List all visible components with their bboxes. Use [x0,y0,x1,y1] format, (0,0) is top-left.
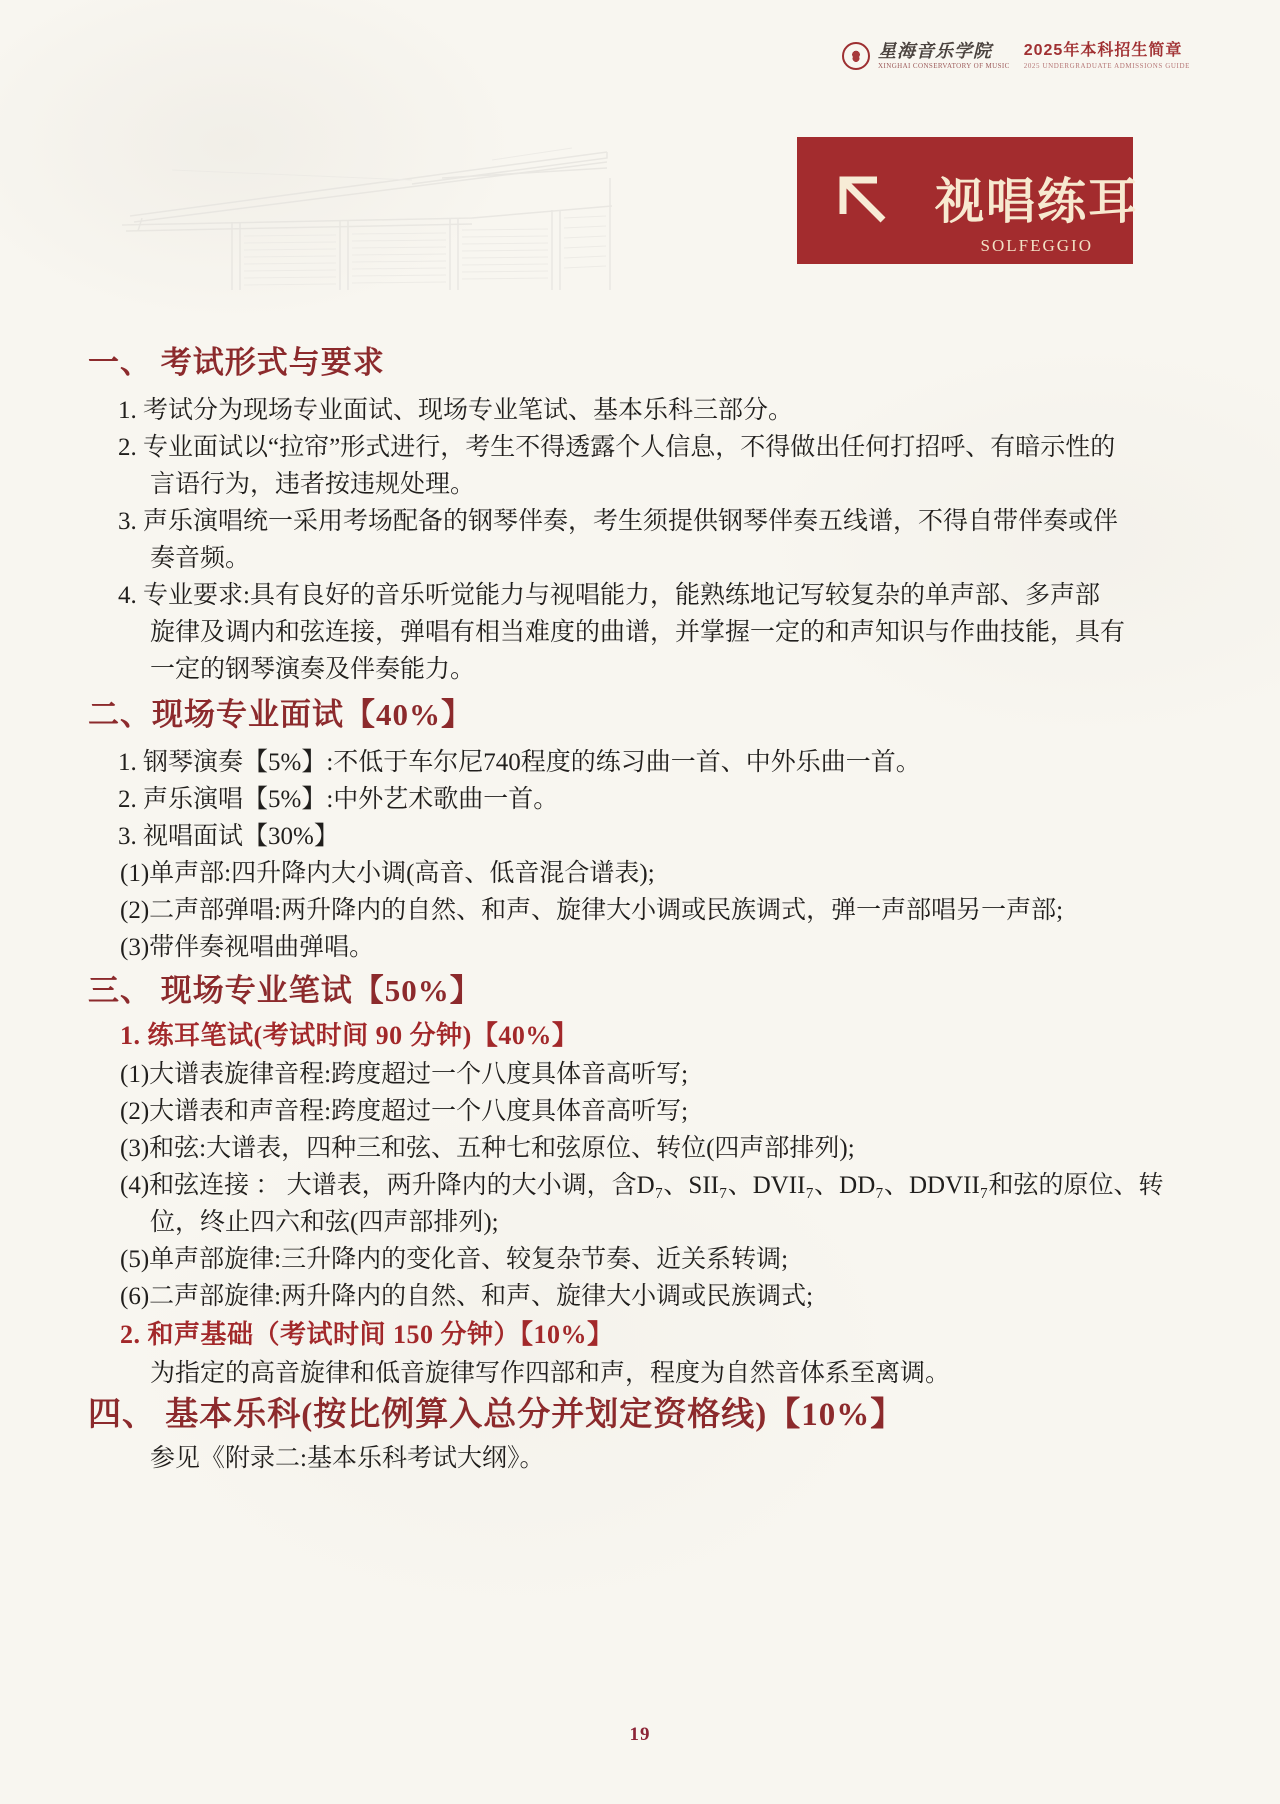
content-line: 1. 钢琴演奏【5%】:不低于车尔尼740程度的练习曲一首、中外乐曲一首。 [88,744,1138,781]
school-seal-icon [842,42,870,70]
content-line: 2. 声乐演唱【5%】:中外艺术歌曲一首。 [88,781,1138,818]
page-header: 星海音乐学院 XINGHAI CONSERVATORY OF MUSIC 202… [842,42,1190,70]
content-line: (1)大谱表旋律音程:跨度超过一个八度具体音高听写; [88,1056,1138,1093]
content-line: 位，终止四六和弦(四声部排列); [88,1204,1138,1241]
content-line: 为指定的高音旋律和低音旋律写作四部和声，程度为自然音体系至离调。 [88,1355,1138,1392]
section-banner: 视唱练耳 SOLFEGGIO [797,137,1133,264]
content-line: (4)和弦连接 ： 大谱表，两升降内的大小调，含D₇、SII₇、DVII₇、DD… [88,1167,1138,1204]
content-line: 3. 声乐演唱统一采用考场配备的钢琴伴奏，考生须提供钢琴伴奏五线谱，不得自带伴奏… [88,503,1138,540]
content-line: 4. 专业要求:具有良好的音乐听觉能力与视唱能力，能熟练地记写较复杂的单声部、多… [88,577,1138,614]
school-name-en: XINGHAI CONSERVATORY OF MUSIC [878,63,1010,70]
content-line: (5)单声部旋律:三升降内的变化音、较复杂节奏、近关系转调; [88,1241,1138,1278]
content-line: (6)二声部旋律:两升降内的自然、和声、旋律大小调或民族调式; [88,1278,1138,1315]
page-number: 19 [0,1724,1280,1746]
school-name-cn: 星海音乐学院 [878,42,1010,60]
content-line: (3)带伴奏视唱曲弹唱。 [88,929,1138,966]
content-line: (2)二声部弹唱:两升降内的自然、和声、旋律大小调或民族调式，弹一声部唱另一声部… [88,892,1138,929]
content-line: 1. 考试分为现场专业面试、现场专业笔试、基本乐科三部分。 [88,392,1138,429]
content-line: 3. 视唱面试【30%】 [88,818,1138,855]
banner-subtitle: SOLFEGGIO [797,236,1093,256]
banner-title: 视唱练耳 [935,163,1139,233]
content-line: 旋律及调内和弦连接，弹唱有相当难度的曲谱，并掌握一定的和声知识与作曲技能，具有 [88,614,1138,651]
guide-title-en: 2025 UNDERGRADUATE ADMISSIONS GUIDE [1024,63,1190,70]
section-heading: 二、现场专业面试【40%】 [88,692,1138,738]
guide-title-block: 2025年本科招生简章 2025 UNDERGRADUATE ADMISSION… [1024,43,1190,70]
section-heading: 一、 考试形式与要求 [88,340,1138,386]
content-line: (2)大谱表和声音程:跨度超过一个八度具体音高听写; [88,1093,1138,1130]
content-line: 参见《附录二:基本乐科考试大纲》。 [88,1440,1138,1477]
brochure-page: 星海音乐学院 XINGHAI CONSERVATORY OF MUSIC 202… [0,0,1280,1804]
arrow-up-left-icon [833,170,891,228]
content-line: 奏音频。 [88,540,1138,577]
content-line: (3)和弦:大谱表，四种三和弦、五种七和弦原位、转位(四声部排列); [88,1130,1138,1167]
content-line: 1. 练耳笔试(考试时间 90 分钟)【40%】 [88,1016,1138,1056]
content: 一、 考试形式与要求1. 考试分为现场专业面试、现场专业笔试、基本乐科三部分。2… [88,340,1138,1477]
school-logo: 星海音乐学院 XINGHAI CONSERVATORY OF MUSIC [842,42,1010,70]
content-line: 2. 专业面试以“拉帘”形式进行，考生不得透露个人信息，不得做出任何打招呼、有暗… [88,429,1138,466]
guide-title-cn: 2025年本科招生简章 [1024,43,1190,59]
content-line: (1)单声部:四升降内大小调(高音、低音混合谱表); [88,855,1138,892]
building-sketch [112,118,617,293]
school-name-block: 星海音乐学院 XINGHAI CONSERVATORY OF MUSIC [878,42,1010,70]
content-line: 言语行为，违者按违规处理。 [88,466,1138,503]
content-line: 2. 和声基础（考试时间 150 分钟）【10%】 [88,1315,1138,1355]
content-line: 一定的钢琴演奏及伴奏能力。 [88,651,1138,688]
section-heading: 四、 基本乐科(按比例算入总分并划定资格线)【10%】 [88,1394,1138,1436]
section-heading: 三、 现场专业笔试【50%】 [88,968,1138,1014]
